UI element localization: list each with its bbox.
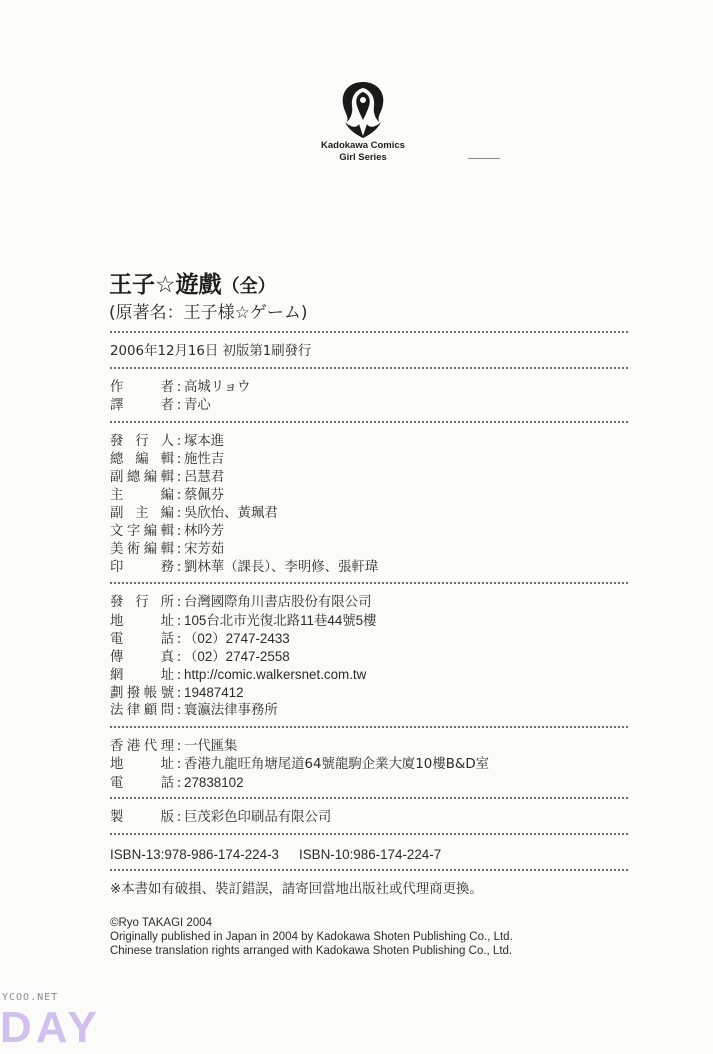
row-value: 林吟芳 (184, 524, 224, 539)
row-value: 呂慧君 (184, 470, 224, 485)
logo-line-2: Girl Series (318, 152, 408, 164)
divider (110, 331, 628, 333)
isbn-13: ISBN-13:978-986-174-224-3 (110, 847, 279, 862)
row-value: 蔡佩芬 (184, 488, 224, 503)
damage-notice: ※本書如有破損、裝訂錯誤，請寄回當地出版社或代理商更換。 (110, 881, 483, 899)
row-value: 吳欣怡、黃珮君 (184, 506, 278, 521)
row-value: 19487412 (184, 685, 244, 700)
row-label: 作者 (110, 379, 174, 397)
row-value: 27838102 (184, 775, 244, 790)
row-hongkong: 電話:27838102 (110, 774, 244, 793)
row-value: 台灣國際角川書店股份有限公司 (184, 595, 371, 610)
edition-date: 2006年12月16日 初版第1刷發行 (110, 343, 311, 361)
isbn-line: ISBN-13:978-986-174-224-3ISBN-10:986-174… (110, 846, 441, 864)
website-url: http://comic.walkersnet.com.tw (184, 667, 366, 682)
phoenix-emblem-icon (335, 78, 391, 140)
divider (110, 726, 628, 728)
watermark-site: YCOO.NET (2, 992, 58, 1003)
row-staff: 副主編:吳欣怡、黃珮君 (110, 505, 278, 523)
row-staff: 副總編輯:呂慧君 (110, 469, 224, 487)
row-value: 寰瀛法律事務所 (184, 703, 278, 718)
row-value: 劉林華（課長）、李明修、張軒瑋 (184, 560, 378, 575)
row-publisher: 地址:105台北市光復北路11巷44號5樓 (110, 612, 377, 631)
row-label: 譯者 (110, 397, 174, 415)
row-publisher: 發行所:台灣國際角川書店股份有限公司 (110, 594, 371, 612)
original-publication-line: Originally published in Japan in 2004 by… (110, 931, 513, 944)
row-publisher: 網址:http://comic.walkersnet.com.tw (110, 666, 366, 685)
row-staff: 主編:蔡佩芬 (110, 487, 224, 505)
row-label: 香港代理 (110, 738, 174, 756)
logo-line-1: Kadokawa Comics (318, 140, 408, 152)
row-value: 塚本進 (184, 434, 224, 449)
isbn-10: ISBN-10:986-174-224-7 (299, 847, 441, 862)
copyright-line: ©Ryo TAKAGI 2004 (110, 917, 212, 930)
row-label: 傳真 (110, 649, 174, 667)
watermark-logo: DAY (0, 1003, 101, 1053)
print-smudge (468, 158, 500, 159)
title-main: 王子☆遊戲 (109, 272, 222, 298)
row-publisher: 劃撥帳號:19487412 (110, 684, 244, 703)
row-label: 副主編 (110, 505, 174, 523)
divider (110, 869, 628, 871)
row-value: 宋芳茹 (184, 542, 224, 557)
row-value: 青心 (184, 398, 211, 413)
row-label: 總編輯 (110, 451, 174, 469)
publisher-logo: Kadokawa Comics Girl Series (318, 78, 408, 164)
title-suffix: （全） (222, 276, 276, 297)
row-publisher: 電話:（02）2747-2433 (110, 630, 290, 649)
row-value: 施性吉 (184, 452, 224, 467)
row-label: 地址 (110, 756, 174, 774)
row-label: 美術編輯 (110, 541, 174, 559)
row-label: 電話 (110, 631, 174, 649)
row-label: 文字編輯 (110, 523, 174, 541)
row-value: （02）2747-2558 (184, 649, 290, 664)
row-staff: 文字編輯:林吟芳 (110, 523, 224, 541)
row-hongkong: 地址:香港九龍旺角塘尾道64號龍駒企業大廈10樓B&D室 (110, 756, 489, 774)
row-staff: 印務:劉林華（課長）、李明修、張軒瑋 (110, 559, 378, 577)
divider (110, 797, 628, 799)
divider (110, 421, 628, 423)
translation-rights-line: Chinese translation rights arranged with… (110, 945, 512, 958)
row-value: 一代匯集 (184, 739, 238, 754)
row-label: 製版 (110, 809, 174, 827)
row-label: 法律顧問 (110, 702, 174, 720)
row-label: 發行人 (110, 433, 174, 451)
row-staff: 總編輯:施性吉 (110, 451, 224, 469)
row-staff: 發行人:塚本進 (110, 433, 224, 451)
row-label: 劃撥帳號 (110, 685, 174, 703)
row-staff: 美術編輯:宋芳茹 (110, 541, 224, 559)
row-translator: 譯者:青心 (110, 397, 211, 415)
row-value: 香港九龍旺角塘尾道64號龍駒企業大廈10樓B&D室 (184, 757, 489, 772)
row-label: 發行所 (110, 594, 174, 612)
divider (110, 367, 628, 369)
row-hongkong: 香港代理:一代匯集 (110, 738, 238, 756)
row-label: 印務 (110, 559, 174, 577)
row-value: 巨茂彩色印刷品有限公司 (184, 810, 331, 825)
row-author: 作者:高城リョウ (110, 379, 251, 397)
row-value: 高城リョウ (184, 380, 251, 395)
divider (110, 833, 628, 835)
row-label: 地址 (110, 613, 174, 631)
row-label: 副總編輯 (110, 469, 174, 487)
row-publisher: 法律顧問:寰瀛法律事務所 (110, 702, 278, 720)
row-publisher: 傳真:（02）2747-2558 (110, 648, 290, 667)
row-value: （02）2747-2433 (184, 631, 290, 646)
row-value: 105台北市光復北路11巷44號5樓 (184, 613, 377, 628)
divider (110, 582, 628, 584)
row-label: 主編 (110, 487, 174, 505)
row-label: 電話 (110, 775, 174, 793)
book-title: 王子☆遊戲（全） (109, 266, 276, 299)
original-title: (原著名：王子様☆ゲーム) (109, 298, 308, 323)
row-printing: 製版:巨茂彩色印刷品有限公司 (110, 809, 331, 827)
row-label: 網址 (110, 667, 174, 685)
